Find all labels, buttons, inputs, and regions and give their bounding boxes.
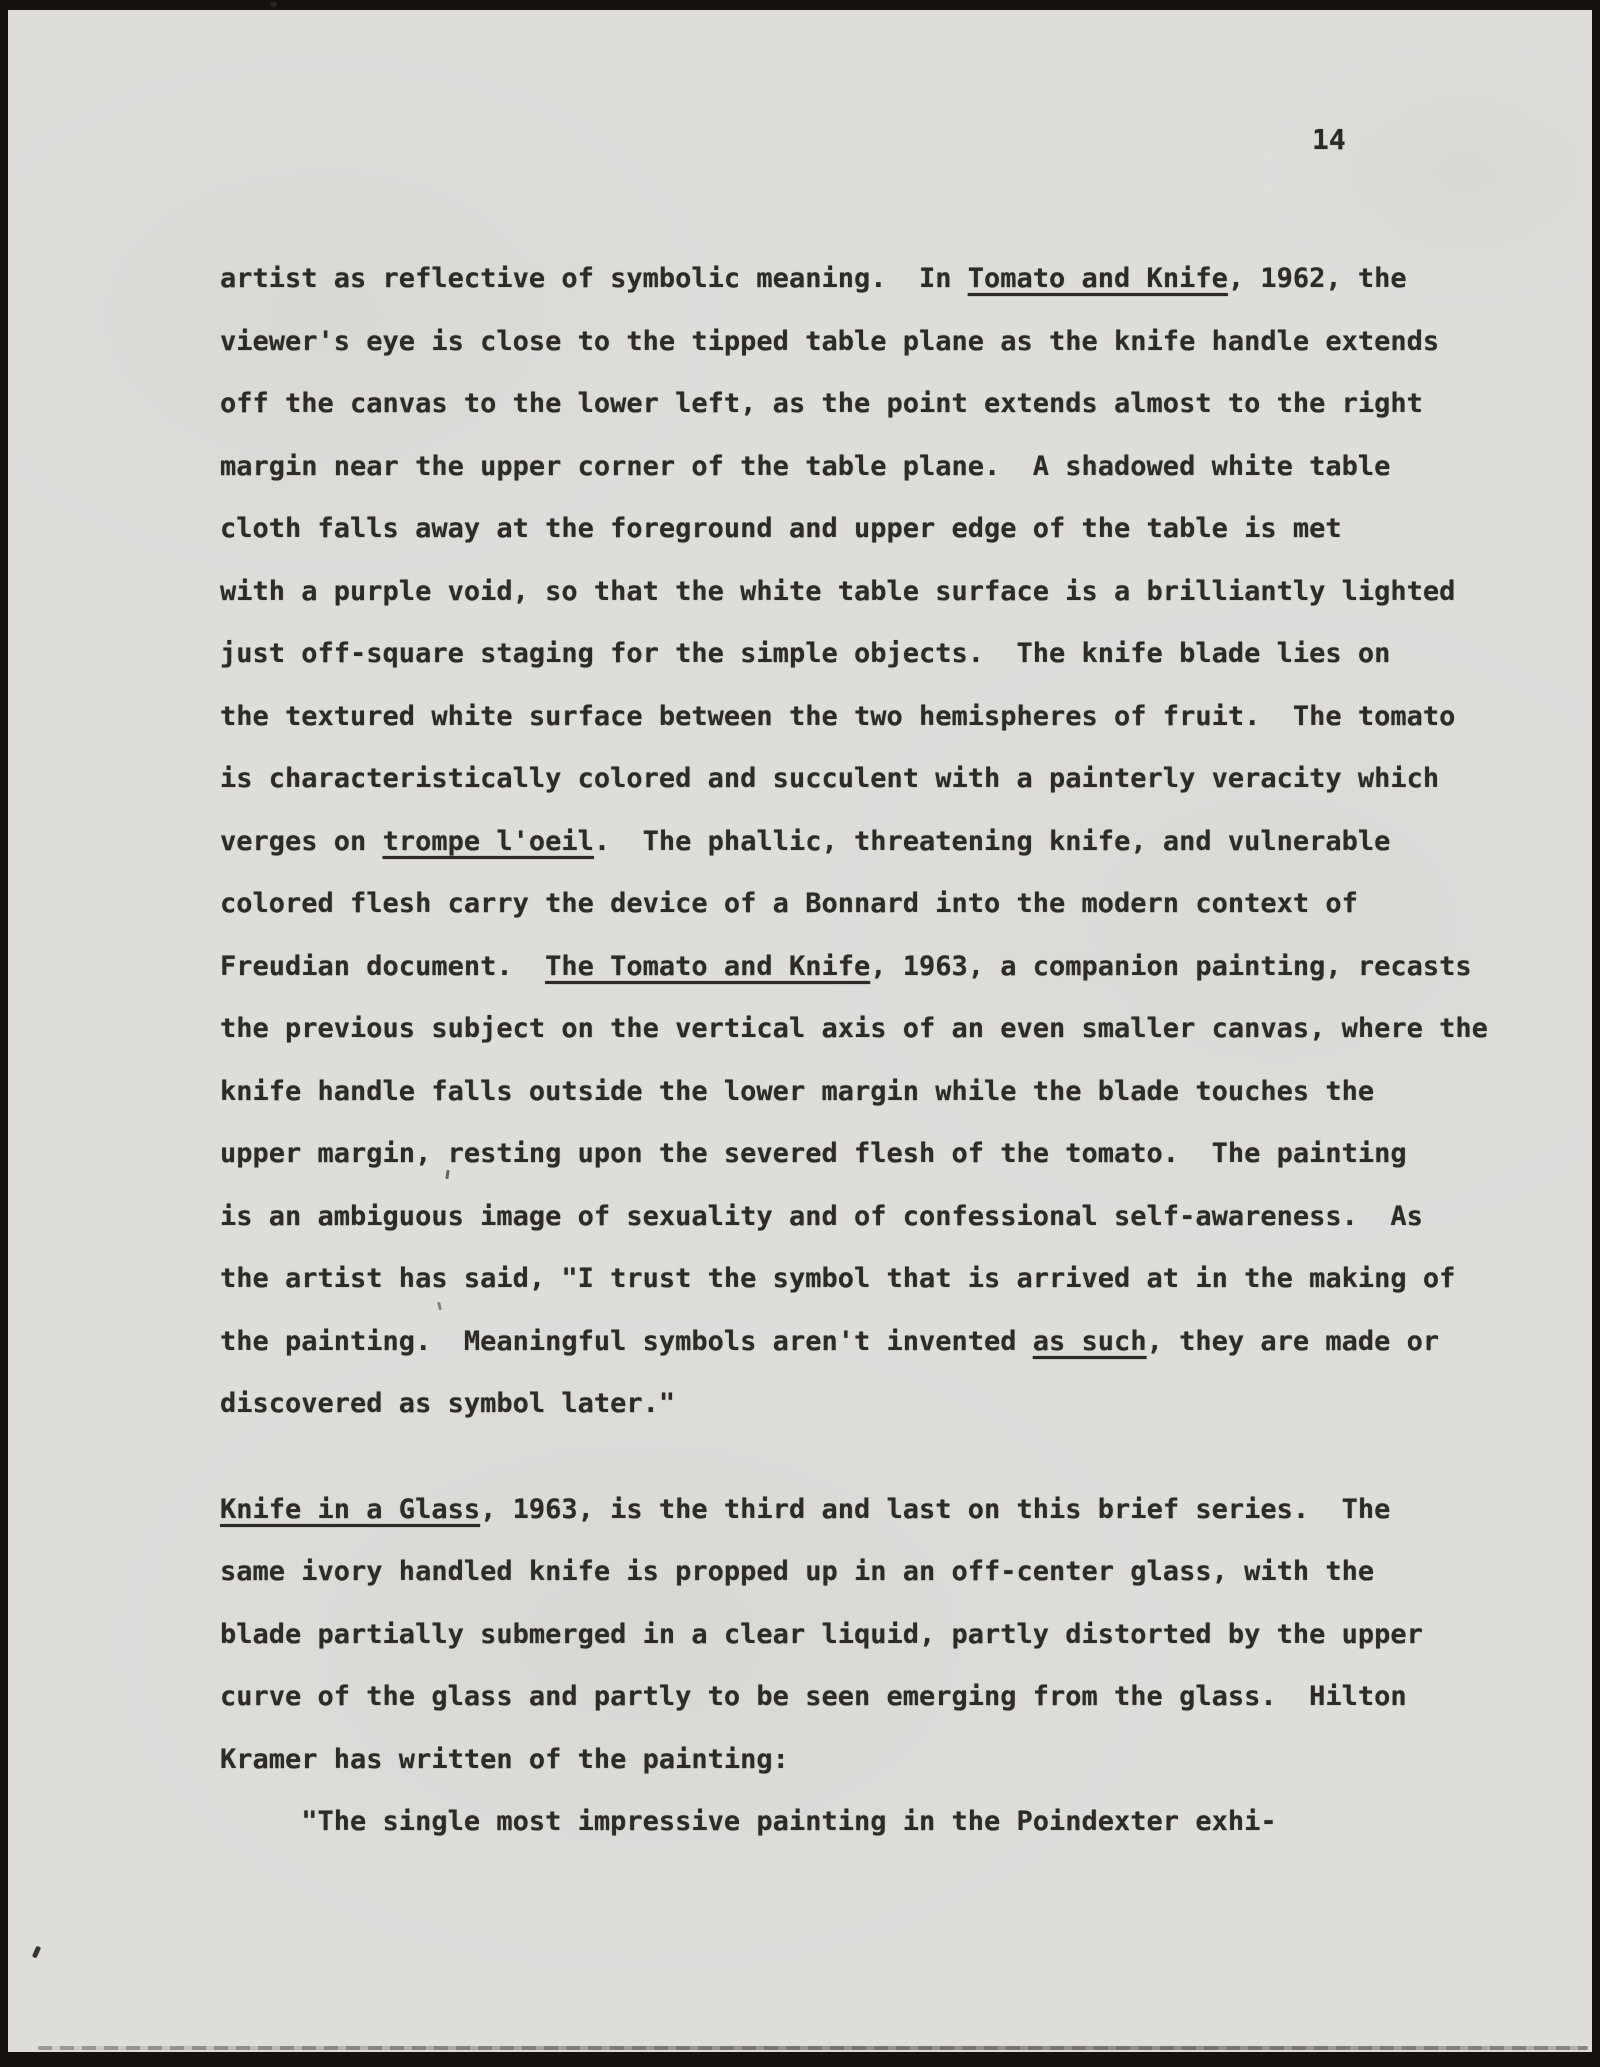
scan-speck (270, 2, 277, 7)
text-run: the artist has said, "I trust the symbol… (220, 1263, 1455, 1294)
text-line: is an ambiguous image of sexuality and o… (220, 1186, 1520, 1249)
paragraph: artist as reflective of symbolic meaning… (220, 248, 1520, 1436)
underlined-title: The Tomato and Knife (545, 951, 870, 982)
text-run: viewer's eye is close to the tipped tabl… (220, 326, 1439, 357)
text-line: is characteristically colored and succul… (220, 748, 1520, 811)
text-line: artist as reflective of symbolic meaning… (220, 248, 1520, 311)
text-line: blade partially submerged in a clear liq… (220, 1604, 1520, 1667)
text-run: , 1963, is the third and last on this br… (480, 1494, 1390, 1525)
text-line: knife handle falls outside the lower mar… (220, 1061, 1520, 1124)
text-run: with a purple void, so that the white ta… (220, 576, 1455, 607)
text-run: the textured white surface between the t… (220, 701, 1455, 732)
underlined-title: Tomato and Knife (968, 263, 1228, 294)
text-line: upper margin, resting upon the severed f… (220, 1123, 1520, 1186)
text-line: off the canvas to the lower left, as the… (220, 373, 1520, 436)
text-line: the previous subject on the vertical axi… (220, 998, 1520, 1061)
text-line: curve of the glass and partly to be seen… (220, 1666, 1520, 1729)
text-line: just off-square staging for the simple o… (220, 623, 1520, 686)
scan-edge-streak (38, 2046, 1588, 2050)
text-line: with a purple void, so that the white ta… (220, 561, 1520, 624)
text-line: Freudian document. The Tomato and Knife,… (220, 936, 1520, 999)
text-line: the textured white surface between the t… (220, 686, 1520, 749)
text-block: artist as reflective of symbolic meaning… (220, 248, 1520, 1854)
text-line: same ivory handled knife is propped up i… (220, 1541, 1520, 1604)
text-run: off the canvas to the lower left, as the… (220, 388, 1423, 419)
text-run: verges on (220, 826, 383, 857)
text-line: the painting. Meaningful symbols aren't … (220, 1311, 1520, 1374)
text-run: blade partially submerged in a clear liq… (220, 1619, 1423, 1650)
text-run: is characteristically colored and succul… (220, 763, 1439, 794)
underlined-title: as such (1033, 1326, 1147, 1357)
scan-speck (32, 1946, 41, 1959)
text-line: cloth falls away at the foreground and u… (220, 498, 1520, 561)
text-run: margin near the upper corner of the tabl… (220, 451, 1390, 482)
text-run: upper margin, resting upon the severed f… (220, 1138, 1407, 1169)
scanned-page: 14 artist as reflective of symbolic mean… (8, 10, 1592, 2052)
text-run: Kramer has written of the painting: (220, 1744, 789, 1775)
text-line: colored flesh carry the device of a Bonn… (220, 873, 1520, 936)
text-run: same ivory handled knife is propped up i… (220, 1556, 1374, 1587)
paragraph: Knife in a Glass, 1963, is the third and… (220, 1479, 1520, 1854)
underlined-title: trompe l'oeil (383, 826, 594, 857)
text-run: the previous subject on the vertical axi… (220, 1013, 1488, 1044)
text-line: verges on trompe l'oeil. The phallic, th… (220, 811, 1520, 874)
text-line: the artist has said, "I trust the symbol… (220, 1248, 1520, 1311)
text-run: "The single most impressive painting in … (220, 1806, 1277, 1837)
text-run: just off-square staging for the simple o… (220, 638, 1390, 669)
text-line: Knife in a Glass, 1963, is the third and… (220, 1479, 1520, 1542)
text-line: margin near the upper corner of the tabl… (220, 436, 1520, 499)
text-line: discovered as symbol later." (220, 1373, 1520, 1436)
text-run: . The phallic, threatening knife, and vu… (594, 826, 1391, 857)
text-run: , 1962, the (1228, 263, 1407, 294)
text-run: the painting. Meaningful symbols aren't … (220, 1326, 1033, 1357)
text-run: Freudian document. (220, 951, 545, 982)
text-run: curve of the glass and partly to be seen… (220, 1681, 1407, 1712)
text-line: Kramer has written of the painting: (220, 1729, 1520, 1792)
text-run: cloth falls away at the foreground and u… (220, 513, 1342, 544)
text-run: colored flesh carry the device of a Bonn… (220, 888, 1358, 919)
text-run: is an ambiguous image of sexuality and o… (220, 1201, 1423, 1232)
text-line: "The single most impressive painting in … (220, 1791, 1520, 1854)
text-line: viewer's eye is close to the tipped tabl… (220, 311, 1520, 374)
underlined-title: Knife in a Glass (220, 1494, 480, 1525)
page-number: 14 (1312, 126, 1346, 154)
text-run: , they are made or (1147, 1326, 1440, 1357)
text-run: knife handle falls outside the lower mar… (220, 1076, 1374, 1107)
text-run: discovered as symbol later." (220, 1388, 675, 1419)
text-run: artist as reflective of symbolic meaning… (220, 263, 968, 294)
text-run: , 1963, a companion painting, recasts (870, 951, 1471, 982)
